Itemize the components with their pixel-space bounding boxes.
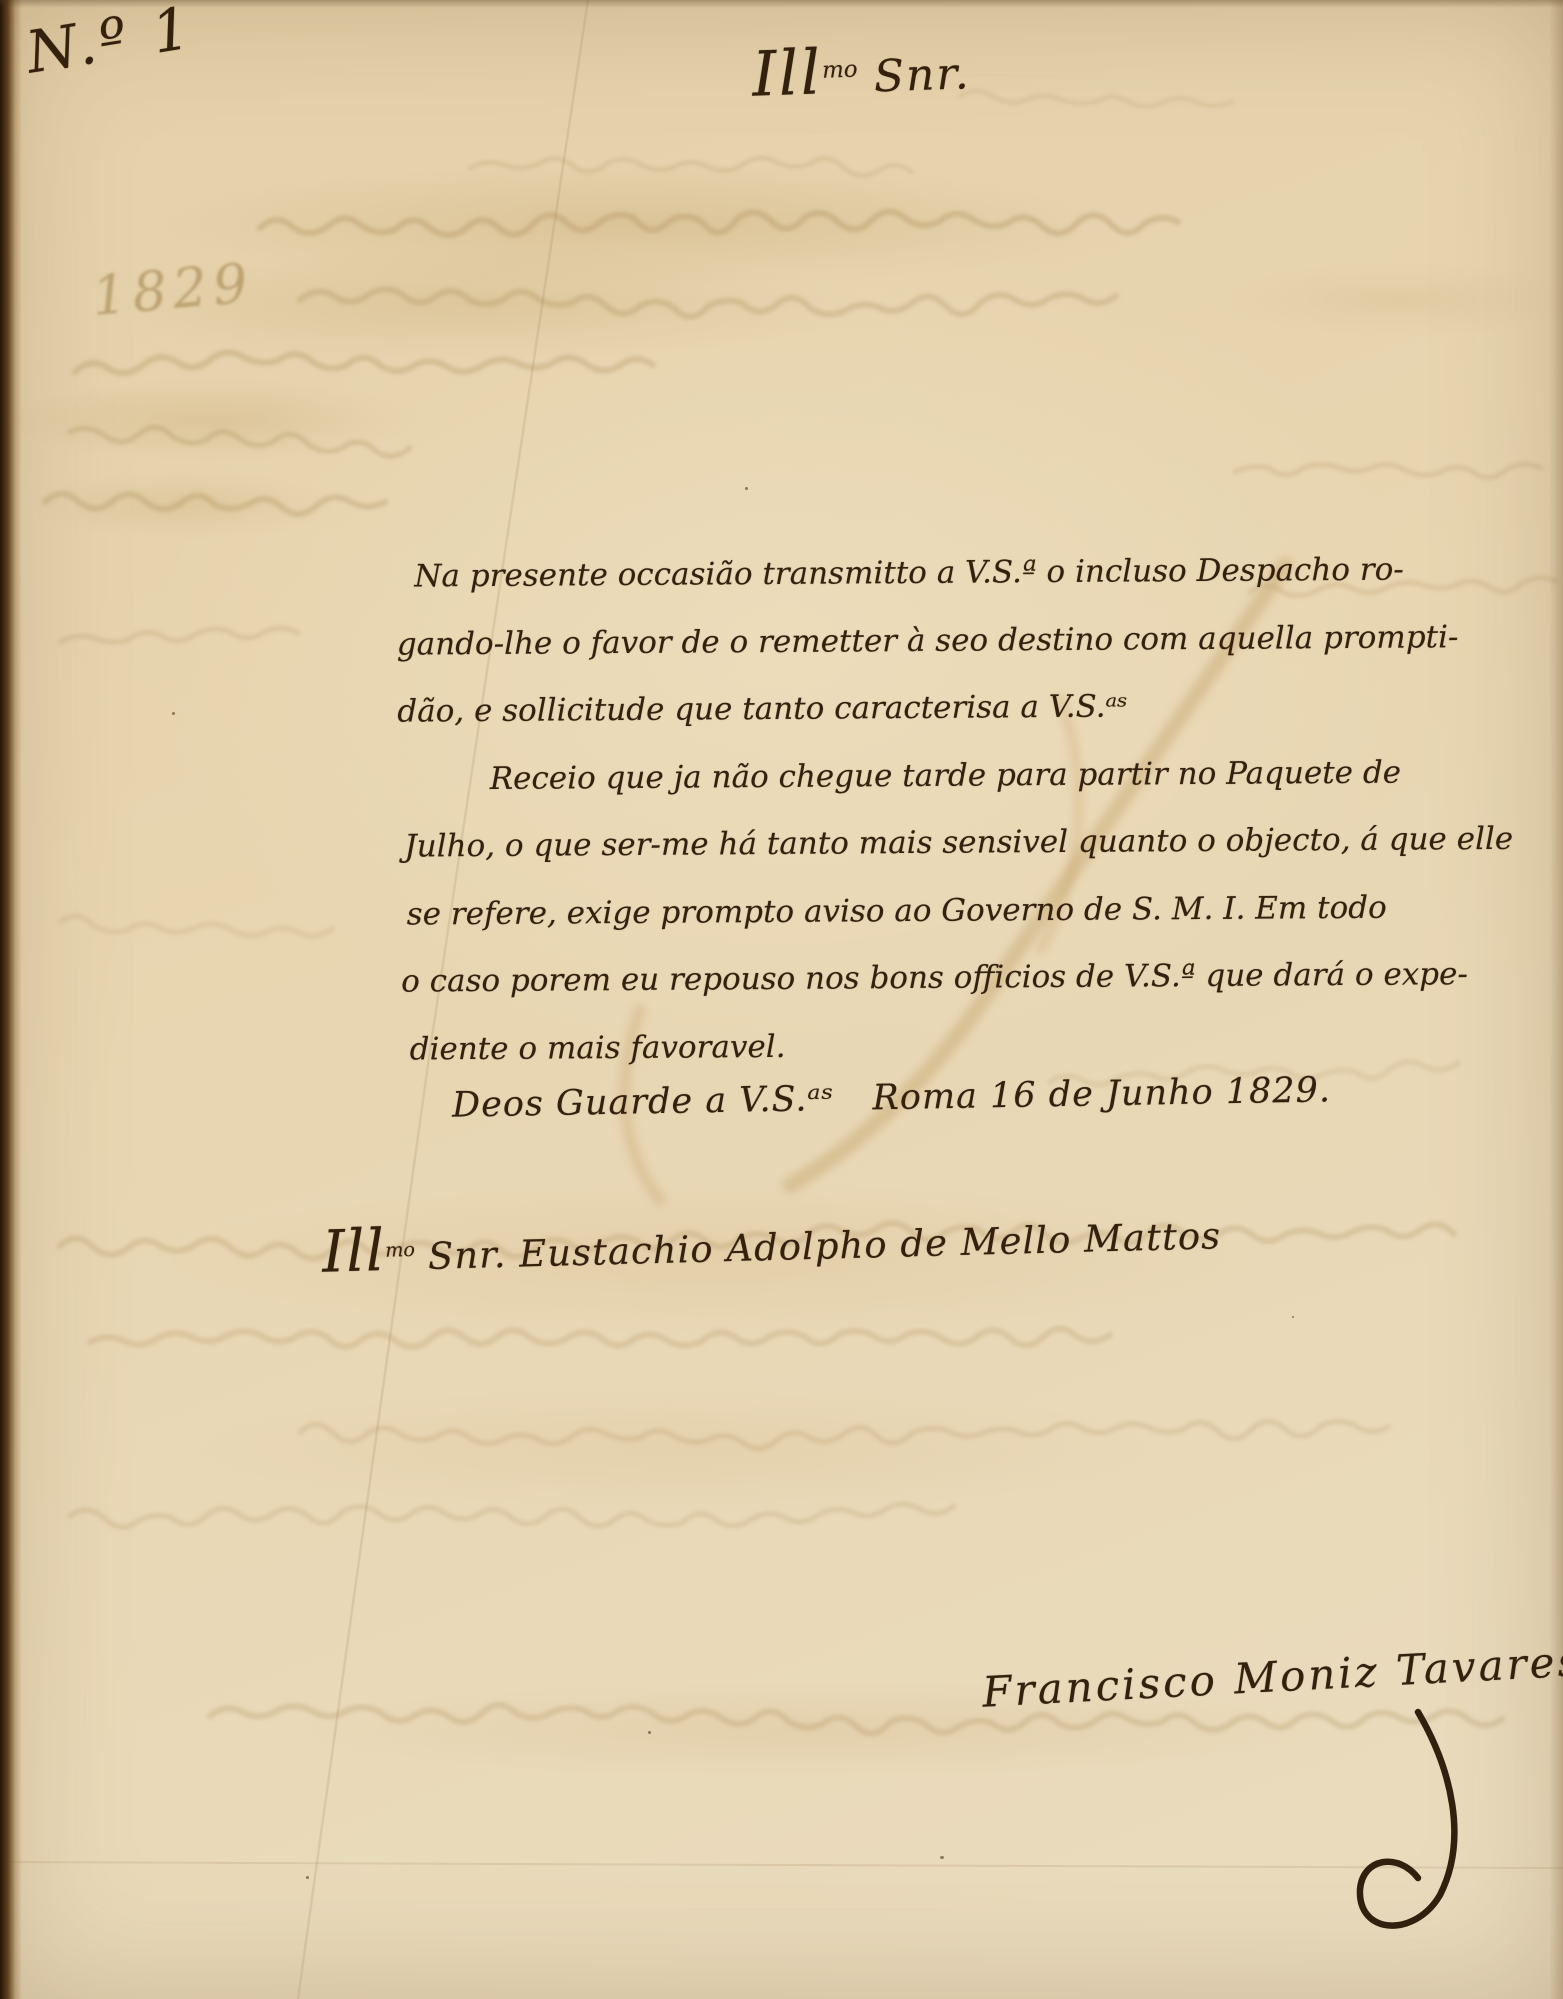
bleedthrough-line: [210, 1705, 1502, 1733]
paper-speck: [648, 1731, 651, 1734]
book-gutter-shadow: [0, 0, 22, 1999]
paper-speck: [745, 487, 748, 490]
page-right-edge: [1549, 0, 1563, 1999]
bleedthrough-line: [960, 91, 1232, 106]
bleedthrough-line: [90, 1329, 1110, 1347]
bleedthrough-line: [75, 352, 653, 373]
letter-salutation: Illmo Snr.: [751, 30, 972, 111]
bleedthrough-line: [300, 1421, 1388, 1448]
bleedthrough-line: [60, 916, 332, 935]
manuscript-page: N.º 1 Illmo Snr. 1829 Na presente occasi…: [0, 0, 1563, 1999]
salutation-title: Snr.: [873, 48, 971, 102]
letter-body-line: Na presente occasião transmitto a V.S.ª …: [396, 536, 1426, 611]
letter-body-line: Receio que ja não chegue tarde para part…: [398, 739, 1428, 814]
letter-dateline: Roma 16 de Junho 1829.: [872, 1070, 1331, 1118]
salutation-abbreviation: Ill: [751, 35, 824, 110]
addressee-abbreviation: Ill: [321, 1216, 386, 1286]
paper-speck: [940, 1856, 944, 1859]
letter-body-line: se refere, exige prompto aviso ao Govern…: [398, 874, 1428, 949]
bleedthrough-line: [60, 628, 298, 642]
letter-valediction: Deos Guarde a V.S.ᵃˢ: [452, 1079, 835, 1126]
letter-body-line: Julho, o que ser-me há tanto mais sensiv…: [398, 806, 1428, 881]
letter-body-line: o caso porem eu repouso nos bons officio…: [399, 941, 1429, 1016]
signature-flourish: [1360, 1712, 1454, 1926]
addressee-superscript: mo: [385, 1238, 415, 1262]
bleedthrough-line: [70, 427, 410, 456]
bleedthrough-line: [1235, 464, 1541, 477]
fold-crease-horizontal: [0, 1862, 1563, 1868]
page-top-edge: [0, 0, 1563, 8]
paper-speck: [172, 712, 175, 715]
paper-speck: [1292, 1316, 1294, 1318]
bleedthrough-line: [45, 494, 385, 514]
letter-body-line: dão, e sollicitude que tanto caracterisa…: [397, 671, 1427, 746]
bleedthrough-line: [300, 289, 1116, 316]
salutation-superscript: mo: [822, 56, 858, 83]
bleedthrough-line: [470, 158, 912, 175]
letter-body: Na presente occasião transmitto a V.S.ª …: [396, 536, 1430, 1083]
letter-body-line: gando-lhe o favor de o remetter à seo de…: [397, 604, 1427, 679]
bleedthrough-line: [260, 211, 1178, 235]
paper-speck: [306, 1876, 309, 1879]
bleedthrough-line: [70, 1504, 954, 1527]
